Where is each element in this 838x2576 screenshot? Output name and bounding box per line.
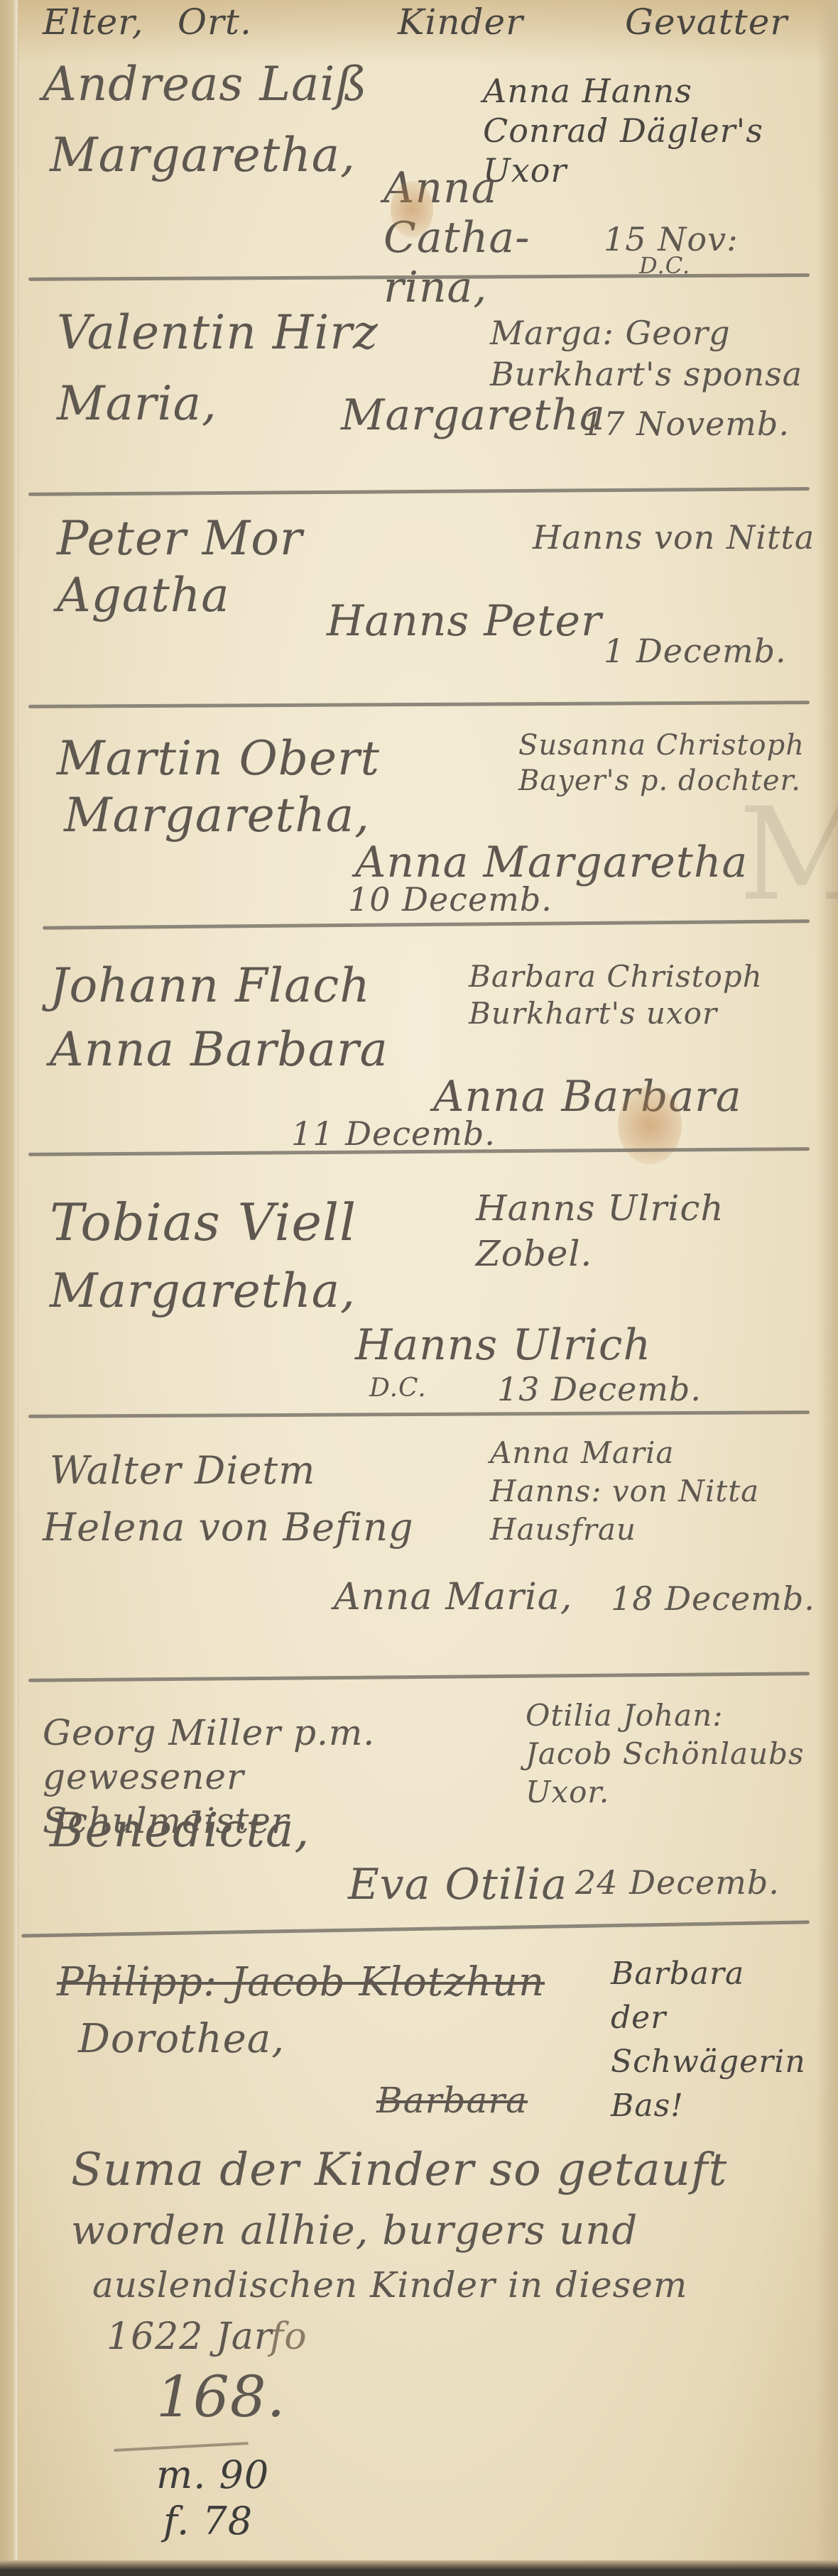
child-name: Anna Maria, (334, 1576, 572, 1618)
mother-name: Maria, (57, 376, 217, 431)
male-count: m. 90 (156, 2452, 269, 2497)
mother-name: Margaretha, (50, 128, 356, 182)
father-name: Peter Mor (57, 511, 303, 566)
mother-name: Helena von Befing (43, 1505, 414, 1550)
child-name: Eva Otilia (348, 1860, 567, 1909)
father-name: Valentin Hirz (57, 305, 379, 360)
baptism-date: 24 Decemb. (575, 1863, 780, 1902)
entry-divider (21, 1920, 810, 1937)
baptism-date: 17 Novemb. (582, 405, 790, 443)
baptism-date: 18 Decemb. (611, 1579, 815, 1618)
father-name: Tobias Viell (50, 1193, 357, 1252)
header-parents: Elter, (43, 1, 143, 43)
summary-year: 1622 Jar (107, 2315, 273, 2358)
entry-divider (28, 701, 810, 708)
page-bottom-edge (0, 2560, 838, 2576)
entry-divider (28, 1410, 810, 1418)
godparent: Otilia Johan: Jacob Schönlaubs Uxor. (526, 1697, 810, 1812)
child-name: Hanns Peter (327, 596, 602, 646)
godparent: Anna Maria Hanns: von Nitta Hausfrau (490, 1434, 788, 1549)
child-name: Margaretha (341, 390, 606, 440)
father-name: Johann Flach (50, 958, 371, 1013)
child-name: Barbara (376, 2080, 528, 2121)
mother-name: Anna Barbara (50, 1022, 388, 1077)
entry-divider (28, 487, 810, 496)
godparent: Barbara der Schwägerin Bas! (611, 1952, 810, 2128)
summary-year-suffix: fo (270, 2315, 308, 2358)
ink-stain (618, 1086, 682, 1164)
header-godparents: Gevatter (625, 1, 788, 43)
ink-stain (391, 181, 433, 238)
mother-name: Dorothea, (78, 2016, 285, 2062)
entry-divider (28, 1672, 810, 1682)
summary-total: 168. (156, 2364, 285, 2430)
header-place: Ort. (178, 1, 252, 43)
baptism-date: 13 Decemb. (497, 1370, 702, 1408)
father-name: Philipp: Jacob Klotzhun (57, 1959, 545, 2005)
mother-name: Agatha (57, 568, 230, 623)
summary-line-3: auslendischen Kinder in diesem (92, 2264, 687, 2306)
bleed-through-mark: M (739, 781, 838, 929)
mother-name: Margaretha, (50, 1264, 356, 1318)
father-name: Martin Obert (57, 731, 380, 786)
summary-divider (114, 2442, 249, 2452)
binding-spine (0, 0, 18, 2576)
manuscript-page: M Elter, Ort. Kinder Gevatter Andreas La… (0, 0, 838, 2576)
summary-line-1: Suma der Kinder so getauft (71, 2144, 727, 2196)
summary-line-2: worden allhie, burgers und (71, 2208, 638, 2254)
godparent: Hanns Ulrich Zobel. (476, 1185, 774, 1276)
baptism-date: 10 Decemb. (348, 880, 553, 919)
godparent: Marga: Georg Burkhart's sponsa (490, 312, 824, 395)
female-count: f. 78 (163, 2499, 253, 2543)
father-name: Walter Dietm (50, 1448, 315, 1493)
godparent: Hanns von Nitta (533, 518, 815, 557)
entry-note: D.C. (369, 1374, 427, 1403)
godparent: Susanna Christoph Bayer's p. dochter. (518, 728, 817, 799)
mother-name: Benedicta, (50, 1803, 310, 1858)
mother-name: Margaretha, (64, 788, 370, 843)
father-name: Andreas Laiß (43, 57, 368, 111)
baptism-date: 1 Decemb. (604, 632, 787, 670)
baptism-date: 11 Decemb. (291, 1114, 496, 1153)
godparent: Barbara Christoph Burkhart's uxor (469, 958, 810, 1032)
entry-divider (43, 919, 810, 929)
child-name: Hanns Ulrich (355, 1320, 651, 1370)
header-children: Kinder (398, 1, 523, 43)
